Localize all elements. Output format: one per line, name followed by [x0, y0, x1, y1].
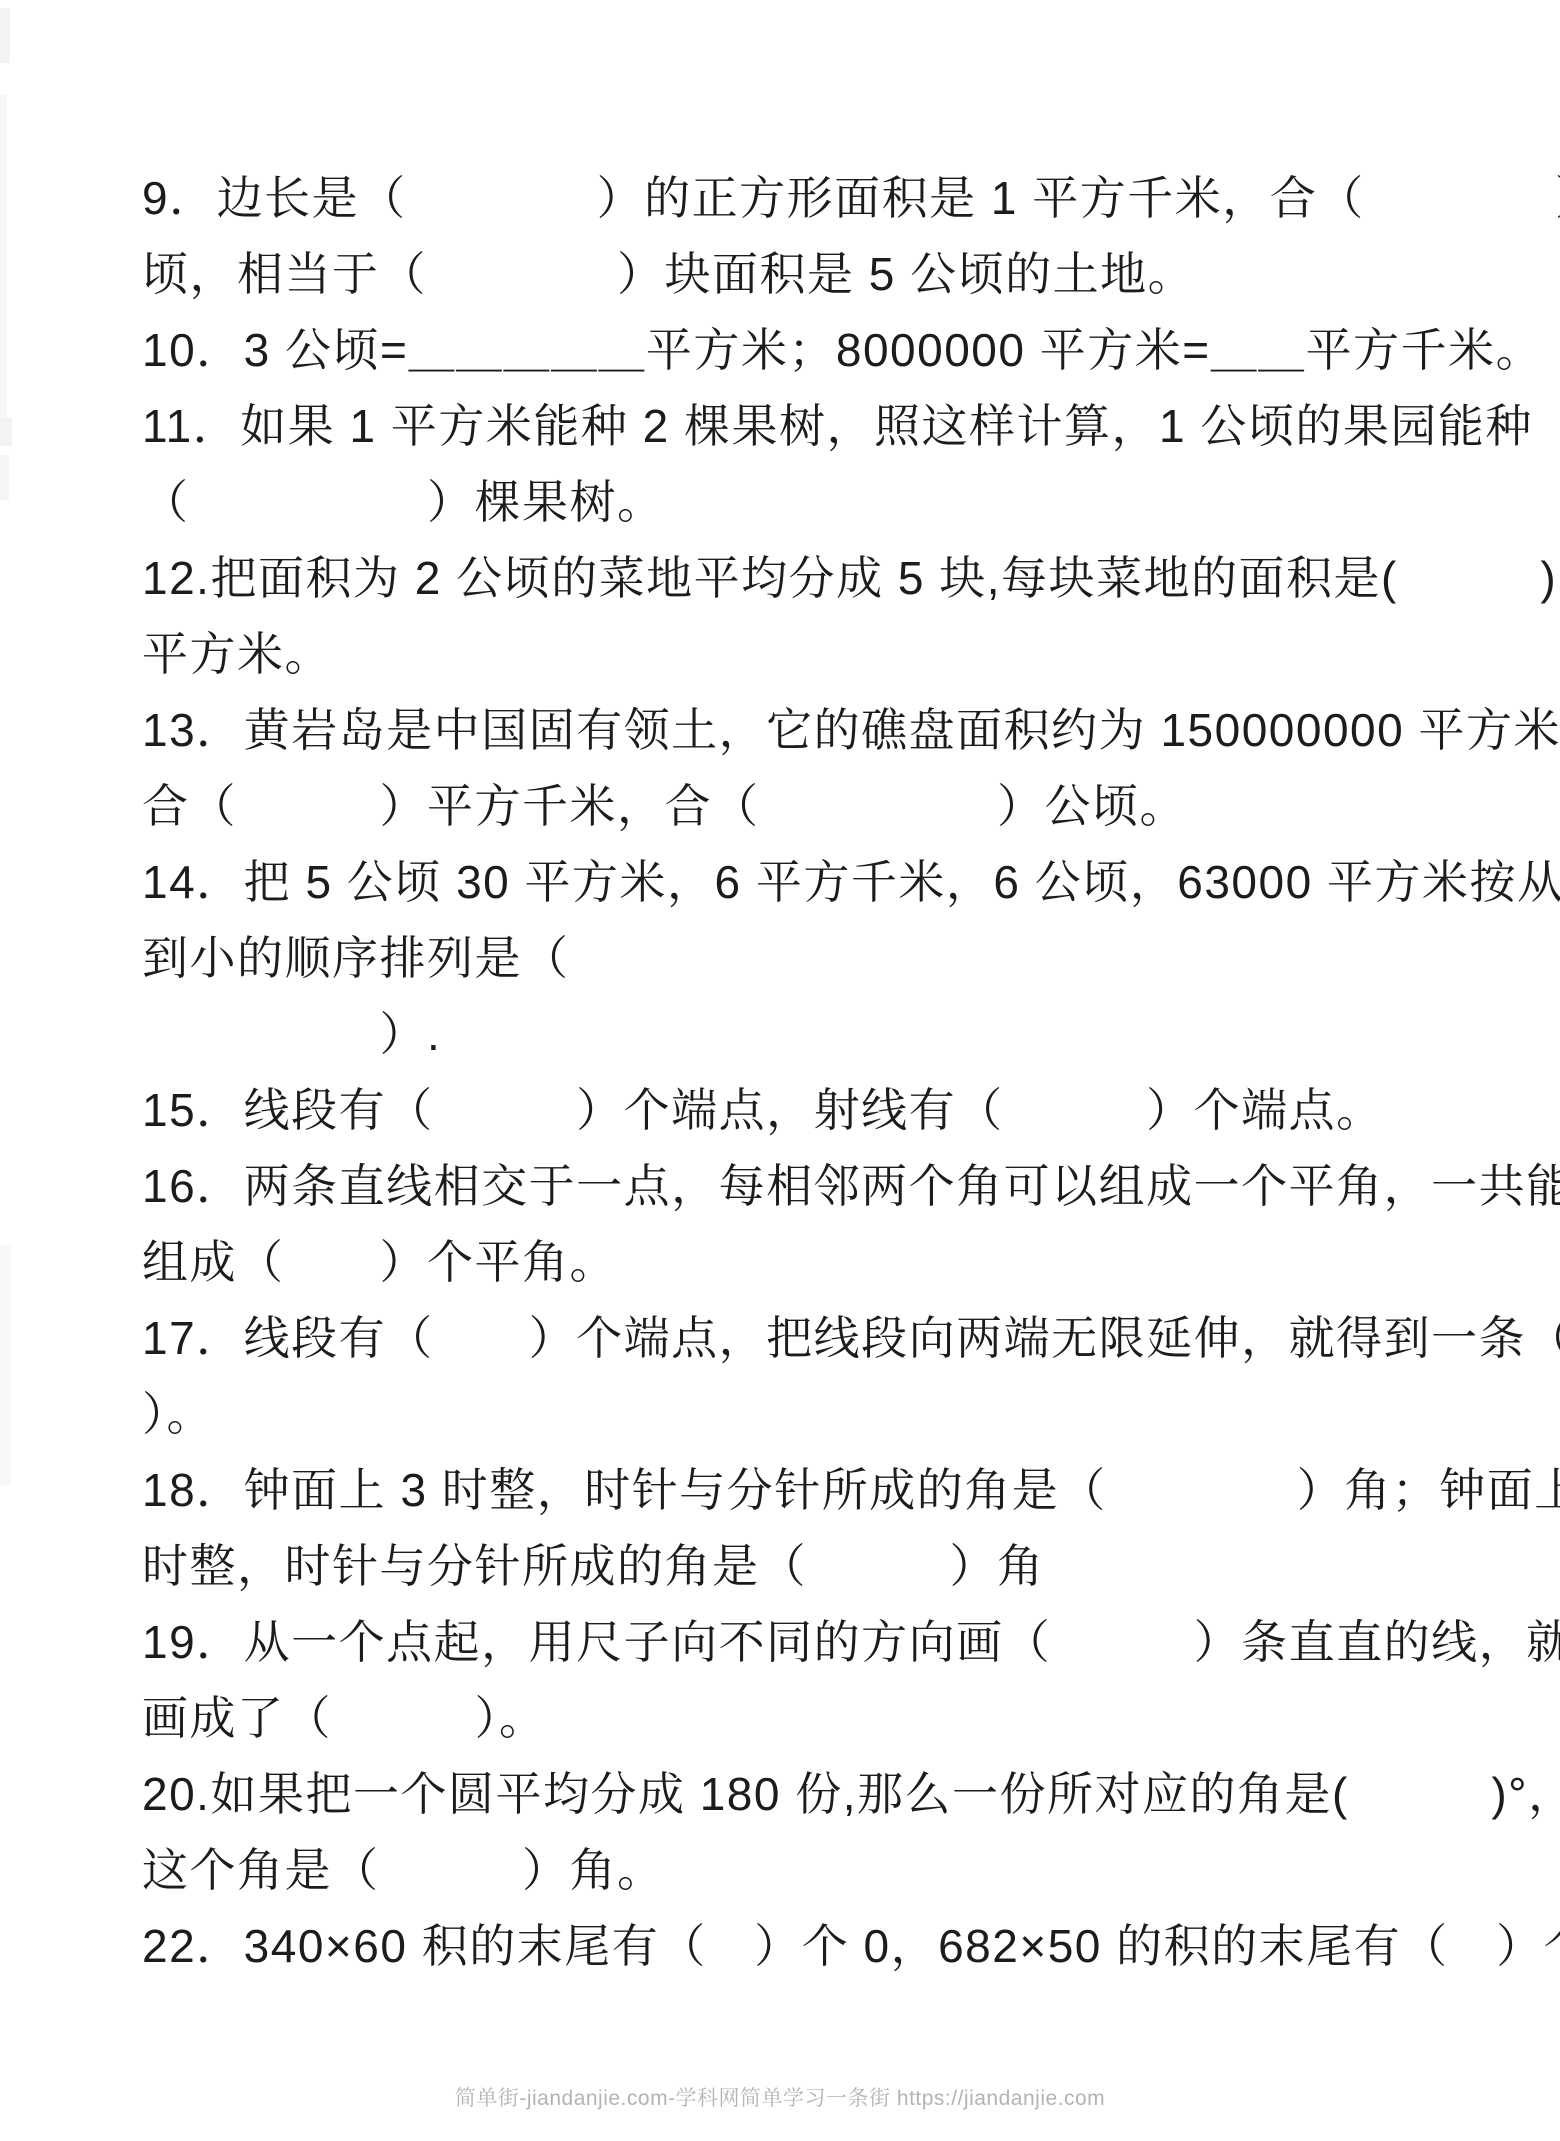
q14-line-1: 14．把 5 公顷 30 平方米，6 平方千米，6 公顷，63000 平方米按从… [142, 844, 1502, 920]
q13-line-1: 13．黄岩岛是中国固有领土，它的礁盘面积约为 150000000 平方米， [142, 692, 1502, 768]
worksheet-page: 9．边长是（ ）的正方形面积是 1 平方千米，合（ ）公 顷，相当于（ ）块面积… [0, 0, 1560, 2141]
q12-line-1: 12.把面积为 2 公顷的菜地平均分成 5 块,每块菜地的面积是( ) [142, 540, 1502, 616]
scan-artifact [0, 1245, 11, 1485]
q9-line-2: 顷，相当于（ ）块面积是 5 公顷的土地。 [142, 236, 1502, 312]
q11-line-1: 11．如果 1 平方米能种 2 棵果树，照这样计算，1 公顷的果园能种 [142, 388, 1502, 464]
q18-line-1: 18．钟面上 3 时整，时针与分针所成的角是（ ）角；钟面上 4 [142, 1452, 1502, 1528]
q16-line-1: 16．两条直线相交于一点，每相邻两个角可以组成一个平角，一共能 [142, 1148, 1502, 1224]
q17-line-2: ）。 [142, 1376, 1502, 1452]
q20-line-2: 这个角是（ ）角。 [142, 1832, 1502, 1908]
q17-line-1: 17．线段有（ ）个端点，把线段向两端无限延伸，就得到一条（ [142, 1300, 1502, 1376]
q13-line-2: 合（ ）平方千米，合（ ）公顷。 [142, 768, 1502, 844]
scan-artifact [0, 455, 9, 500]
q18-line-2: 时整，时针与分针所成的角是（ ）角 [142, 1528, 1502, 1604]
q16-line-2: 组成（ ）个平角。 [142, 1224, 1502, 1300]
q9-line-1: 9．边长是（ ）的正方形面积是 1 平方千米，合（ ）公 [142, 160, 1502, 236]
footer-watermark: 简单街-jiandanjie.com-学科网简单学习一条街 https://ji… [0, 2082, 1560, 2112]
q11-line-2: （ ）棵果树。 [142, 464, 1502, 540]
worksheet-body: 9．边长是（ ）的正方形面积是 1 平方千米，合（ ）公 顷，相当于（ ）块面积… [142, 160, 1502, 1984]
q12-line-2: 平方米。 [142, 616, 1502, 692]
q19-line-1: 19．从一个点起，用尺子向不同的方向画（ ）条直直的线，就 [142, 1604, 1502, 1680]
q22-line-1: 22．340×60 积的末尾有（ ）个 0，682×50 的积的末尾有（ ）个 … [142, 1908, 1502, 1984]
q15-line-1: 15．线段有（ ）个端点，射线有（ ）个端点。 [142, 1072, 1502, 1148]
q20-line-1: 20.如果把一个圆平均分成 180 份,那么一份所对应的角是( )°， [142, 1756, 1502, 1832]
scan-artifact [0, 95, 7, 425]
q14-line-3: ）. [142, 996, 1502, 1072]
q14-line-2: 到小的顺序排列是（ [142, 920, 1502, 996]
scan-artifact [0, 8, 10, 63]
scan-artifact [0, 418, 12, 446]
q10-line-1: 10．3 公顷=＿＿＿＿＿平方米；8000000 平方米=＿＿平方千米。 [142, 312, 1502, 388]
q19-line-2: 画成了（ ）。 [142, 1680, 1502, 1756]
